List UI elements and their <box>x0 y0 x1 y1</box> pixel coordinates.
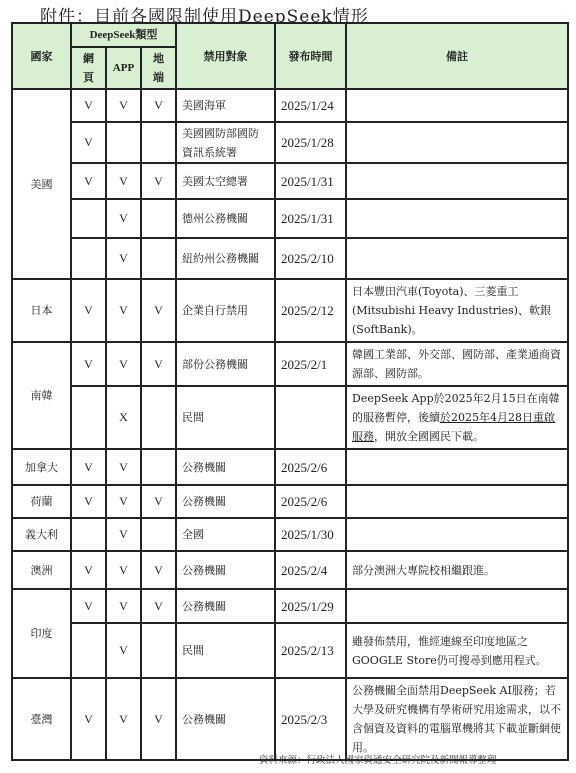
header-target: 禁用對象 <box>176 23 275 89</box>
app-mark: V <box>106 678 141 760</box>
target-cell: 部份公務機關 <box>176 342 275 386</box>
app-mark: V <box>106 163 141 199</box>
date-cell: 2025/2/1 <box>275 342 346 386</box>
country-cell: 美國 <box>12 89 71 279</box>
ground-mark <box>141 238 176 279</box>
table-row: 臺灣 V V V 公務機關 2025/2/3 公務機關全面禁用DeepSeek … <box>12 678 568 760</box>
date-cell: 2025/2/6 <box>275 485 346 518</box>
ground-mark: V <box>141 678 176 760</box>
web-mark: V <box>71 485 106 518</box>
country-cell: 義大利 <box>12 518 71 551</box>
date-cell: 2025/2/6 <box>275 449 346 485</box>
table-row: V 美國國防部國防資訊系統署 2025/1/28 <box>12 122 568 163</box>
web-mark: V <box>71 678 106 760</box>
country-cell: 荷蘭 <box>12 485 71 518</box>
app-mark: V <box>106 238 141 279</box>
restrictions-table: 國家 DeepSeek類型 禁用對象 發布時間 備註 網頁 APP 地端 美國 … <box>11 22 569 761</box>
web-mark: V <box>71 89 106 122</box>
header-date: 發布時間 <box>275 23 346 89</box>
ground-mark: V <box>141 551 176 589</box>
web-mark: V <box>71 279 106 342</box>
app-mark: V <box>106 518 141 551</box>
ground-mark <box>141 386 176 449</box>
table-row: X 民間 DeepSeek App於2025年2月15日在南韓的服務暫停，後續於… <box>12 386 568 449</box>
date-cell: 2025/1/31 <box>275 199 346 238</box>
web-mark: V <box>71 551 106 589</box>
date-cell: 2025/2/12 <box>275 279 346 342</box>
country-cell: 南韓 <box>12 342 71 449</box>
target-cell: 美國太空總署 <box>176 163 275 199</box>
header-app: APP <box>106 47 141 89</box>
app-mark: V <box>106 279 141 342</box>
ground-mark <box>141 623 176 678</box>
table-row: V 紐約州公務機關 2025/2/10 <box>12 238 568 279</box>
app-mark: V <box>106 485 141 518</box>
source-note: 資料來源：行政法人國家資通安全研究院及新聞報導整理 <box>259 752 497 766</box>
country-cell: 印度 <box>12 589 71 678</box>
table-row: 印度 V V V 公務機關 2025/1/29 <box>12 589 568 623</box>
web-mark: V <box>71 342 106 386</box>
app-mark <box>106 122 141 163</box>
target-cell: 紐約州公務機關 <box>176 238 275 279</box>
date-cell: 2025/1/24 <box>275 89 346 122</box>
web-mark <box>71 386 106 449</box>
app-mark: X <box>106 386 141 449</box>
table-row: 加拿大 V V 公務機關 2025/2/6 <box>12 449 568 485</box>
date-cell: 2025/1/31 <box>275 163 346 199</box>
notes-text: ，開放全國國民下載。 <box>374 430 484 443</box>
notes-cell <box>346 485 568 518</box>
notes-cell <box>346 238 568 279</box>
app-mark: V <box>106 89 141 122</box>
web-mark <box>71 518 106 551</box>
web-mark <box>71 238 106 279</box>
table-row: V 民間 2025/2/13 雖發佈禁用，惟經連線至印度地區之GOOGLE St… <box>12 623 568 678</box>
country-cell: 臺灣 <box>12 678 71 760</box>
app-mark: V <box>106 623 141 678</box>
target-cell: 民間 <box>176 386 275 449</box>
table-row: V V V 美國太空總署 2025/1/31 <box>12 163 568 199</box>
ground-mark <box>141 449 176 485</box>
ground-mark: V <box>141 163 176 199</box>
date-cell: 2025/2/4 <box>275 551 346 589</box>
target-cell: 美國國防部國防資訊系統署 <box>176 122 275 163</box>
notes-cell: DeepSeek App於2025年2月15日在南韓的服務暫停，後續於2025年… <box>346 386 568 449</box>
table-row: 美國 V V V 美國海軍 2025/1/24 <box>12 89 568 122</box>
notes-cell <box>346 199 568 238</box>
header-country: 國家 <box>12 23 71 89</box>
web-mark: V <box>71 449 106 485</box>
target-cell: 企業自行禁用 <box>176 279 275 342</box>
ground-mark: V <box>141 485 176 518</box>
ground-mark: V <box>141 589 176 623</box>
target-cell: 民間 <box>176 623 275 678</box>
ground-mark: V <box>141 279 176 342</box>
notes-cell: 日本豐田汽車(Toyota)、三菱重工(Mitsubishi Heavy Ind… <box>346 279 568 342</box>
country-cell: 加拿大 <box>12 449 71 485</box>
table-row: 荷蘭 V V V 公務機關 2025/2/6 <box>12 485 568 518</box>
country-cell: 日本 <box>12 279 71 342</box>
ground-mark: V <box>141 342 176 386</box>
notes-cell <box>346 449 568 485</box>
table-row: 義大利 V 全國 2025/1/30 <box>12 518 568 551</box>
date-cell: 2025/1/30 <box>275 518 346 551</box>
ground-mark <box>141 199 176 238</box>
table-row: 南韓 V V V 部份公務機關 2025/2/1 韓國工業部、外交部、國防部、產… <box>12 342 568 386</box>
date-cell: 2025/1/28 <box>275 122 346 163</box>
notes-cell <box>346 589 568 623</box>
notes-cell: 雖發佈禁用，惟經連線至印度地區之GOOGLE Store仍可搜尋到應用程式。 <box>346 623 568 678</box>
web-mark: V <box>71 589 106 623</box>
notes-cell <box>346 89 568 122</box>
web-mark: V <box>71 163 106 199</box>
app-mark: V <box>106 551 141 589</box>
target-cell: 公務機關 <box>176 678 275 760</box>
header-web: 網頁 <box>71 47 106 89</box>
header-notes: 備註 <box>346 23 568 89</box>
date-cell <box>275 386 346 449</box>
notes-cell: 公務機關全面禁用DeepSeek AI服務；若大學及研究機構有學術研究用途需求，… <box>346 678 568 760</box>
header-ground: 地端 <box>141 47 176 89</box>
notes-cell: 韓國工業部、外交部、國防部、產業通商資源部、國防部。 <box>346 342 568 386</box>
notes-cell <box>346 163 568 199</box>
target-cell: 德州公務機關 <box>176 199 275 238</box>
target-cell: 公務機關 <box>176 485 275 518</box>
app-mark: V <box>106 589 141 623</box>
header-type-group: DeepSeek類型 <box>71 23 176 47</box>
date-cell: 2025/2/3 <box>275 678 346 760</box>
table-row: 澳洲 V V V 公務機關 2025/2/4 部分澳洲大專院校相繼跟進。 <box>12 551 568 589</box>
table-row: V 德州公務機關 2025/1/31 <box>12 199 568 238</box>
ground-mark <box>141 518 176 551</box>
notes-cell <box>346 122 568 163</box>
web-mark <box>71 623 106 678</box>
table-row: 日本 V V V 企業自行禁用 2025/2/12 日本豐田汽車(Toyota)… <box>12 279 568 342</box>
date-cell: 2025/2/10 <box>275 238 346 279</box>
target-cell: 公務機關 <box>176 589 275 623</box>
date-cell: 2025/2/13 <box>275 623 346 678</box>
notes-cell <box>346 518 568 551</box>
target-cell: 美國海軍 <box>176 89 275 122</box>
ground-mark: V <box>141 89 176 122</box>
target-cell: 公務機關 <box>176 449 275 485</box>
ground-mark <box>141 122 176 163</box>
date-cell: 2025/1/29 <box>275 589 346 623</box>
notes-cell: 部分澳洲大專院校相繼跟進。 <box>346 551 568 589</box>
app-mark: V <box>106 199 141 238</box>
target-cell: 全國 <box>176 518 275 551</box>
country-cell: 澳洲 <box>12 551 71 589</box>
web-mark: V <box>71 122 106 163</box>
app-mark: V <box>106 342 141 386</box>
app-mark: V <box>106 449 141 485</box>
web-mark <box>71 199 106 238</box>
target-cell: 公務機關 <box>176 551 275 589</box>
